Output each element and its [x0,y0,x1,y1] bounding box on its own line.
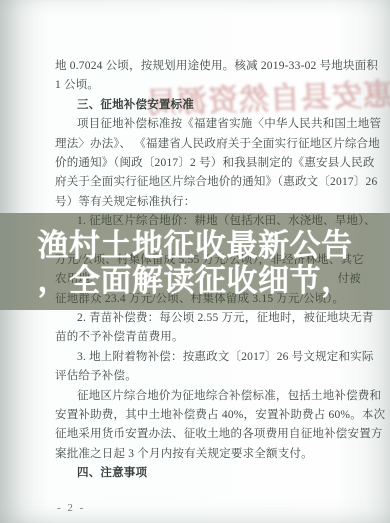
document-line: 苗的不予补偿青苗费用。 [55,328,361,347]
document-line-text: 号）等有关规定标准执行： [55,196,195,208]
document-line-text: 征地区片综合地价为征地综合补偿标准，包括土地补偿费和 [77,390,381,402]
document-line: 案批准之日起 3 个月内按有关规定要求全额支付。 [55,445,361,464]
document-line: 征地区片综合地价为征地综合补偿标准，包括土地补偿费和 [55,387,361,406]
document-line: 府关于全面实行征地区片综合地价的通知》（惠政文〔2017〕26 [55,173,361,192]
document-line-text: 2. 青苗补偿费：每公顷 2.55 万元，征地时，被征地块无青 [77,312,374,324]
document-line-text: 府关于全面实行征地区片综合地价的通知》（惠政文〔2017〕26 [55,176,377,188]
document-line: 号）等有关规定标准执行： [55,193,361,212]
document-line-text: 评估给予补偿。 [55,370,137,382]
document-line: 三、征地补偿安置标准 [55,96,361,115]
document-line-text: 3. 地上附着物补偿：按惠政文〔2017〕26 号文规定和实际 [77,351,374,363]
document-line-text: 项目征地补偿标准按《福建省实施〈中华人民共和国土地管 [77,118,381,130]
document-line-text: 三、征地补偿安置标准 [77,99,194,111]
document-line-text: 1 公顷。 [55,79,99,91]
document-line-text: 安置补助费，其中土地补偿费占 40%，安置补助费占 60%。本次 [55,409,385,421]
document-line: 理法〉办法》、 《福建省人民政府关于全面实行征地区片综合地 [55,135,361,154]
document-line-text: 地 0.7024 公顷，按规划用途使用。核减 2019-33-02 号地块面积 [55,60,378,72]
document-line-text: 案批准之日起 3 个月内按有关规定要求全额支付。 [55,448,313,460]
headline-line-2: ，全面解读征收细节， [38,263,353,298]
document-line: 3. 地上附着物补偿：按惠政文〔2017〕26 号文规定和实际 [55,348,361,367]
document-line: 项目征地补偿标准按《福建省实施〈中华人民共和国土地管 [55,115,361,134]
document-line-text: 苗的不予补偿青苗费用。 [55,331,184,343]
document-line: 2. 青苗补偿费：每公顷 2.55 万元，征地时，被征地块无青 [55,309,361,328]
headline-banner-overlay: 渔村土地征收最新公告 ，全面解读征收细节， [0,213,390,310]
page-number: - 2 - [57,502,85,514]
document-line: 评估给予补偿。 [55,367,361,386]
document-line: 安置补助费，其中土地补偿费占 40%，安置补助费占 60%。本次 [55,406,361,425]
document-photo: 惠安县自然资源局 地 0.7024 公顷，按规划用途使用。核减 2019-33-… [0,0,390,523]
document-line-text: 四、注意事项 [77,467,147,479]
headline-line-1: 渔村土地征收最新公告 [38,228,353,263]
document-line: 四、注意事项 [55,464,361,483]
document-line-text: 理法〉办法》、 《福建省人民政府关于全面实行征地区片综合地 [55,138,380,150]
document-line-text: 价的通知》（闽政〔2017〕2 号）和我县制定的《惠安县人民政 [55,157,375,169]
document-line: 征地采用货币安置办法、征收土地的各项费用自征地补偿安置方 [55,425,361,444]
document-line: 价的通知》（闽政〔2017〕2 号）和我县制定的《惠安县人民政 [55,154,361,173]
document-line-text: 征地采用货币安置办法、征收土地的各项费用自征地补偿安置方 [55,428,383,440]
document-line: 1 公顷。 [55,76,361,95]
document-line: 地 0.7024 公顷，按规划用途使用。核减 2019-33-02 号地块面积 [55,57,361,76]
